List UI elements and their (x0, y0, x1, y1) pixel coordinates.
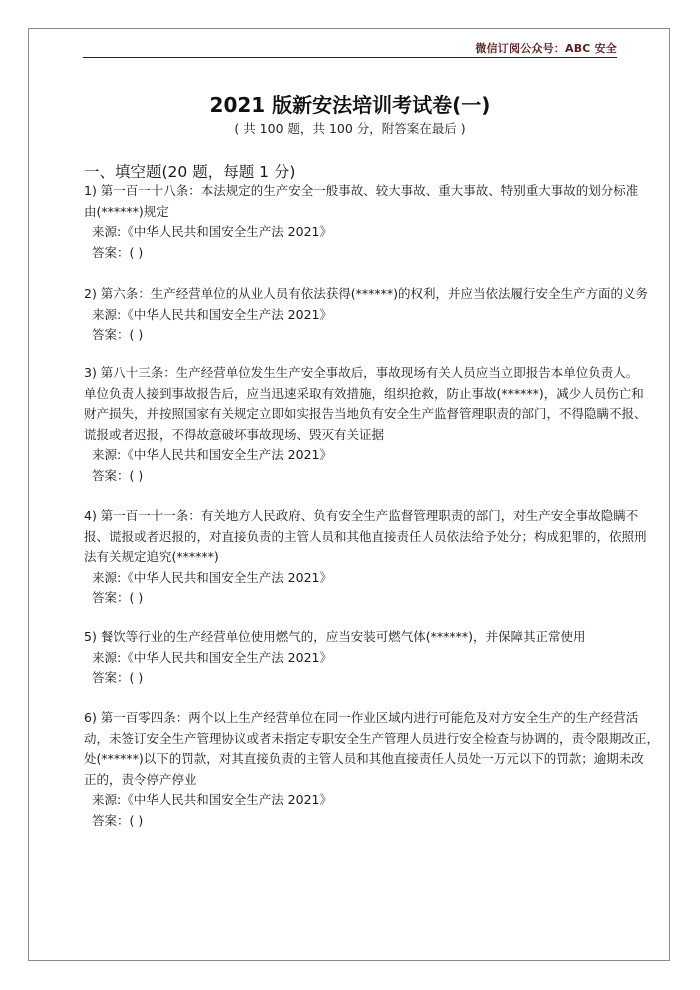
question-source: 来源:《中华人民共和国安全生产法 2021》 (84, 222, 644, 243)
question-3: 3) 第八十三条：生产经营单位发生生产安全事故后，事故现场有关人员应当立即报告本… (84, 363, 644, 486)
document-title: 2021 版新安法培训考试卷(一) (0, 89, 700, 118)
question-answer-blank: 答案：( ) (84, 588, 644, 609)
question-answer-blank: 答案：( ) (84, 325, 644, 346)
question-text-line: 由(******)规定 (84, 202, 644, 223)
question-source: 来源:《中华人民共和国安全生产法 2021》 (84, 648, 644, 669)
question-text-line: 5) 餐饮等行业的生产经营单位使用燃气的，应当安装可燃气体(******)，并保… (84, 627, 644, 648)
question-source: 来源:《中华人民共和国安全生产法 2021》 (84, 568, 644, 589)
question-source: 来源:《中华人民共和国安全生产法 2021》 (84, 305, 644, 326)
question-text-line: 谎报或者迟报，不得故意破坏事故现场、毁灭有关证据 (84, 425, 644, 446)
question-text-line: 2) 第六条：生产经营单位的从业人员有依法获得(******)的权利，并应当依法… (84, 284, 644, 305)
question-text-line: 动，未签订安全生产管理协议或者未指定专职安全生产管理人员进行安全检查与协调的，责… (84, 729, 644, 750)
question-2: 2) 第六条：生产经营单位的从业人员有依法获得(******)的权利，并应当依法… (84, 284, 644, 346)
question-answer-blank: 答案：( ) (84, 466, 644, 487)
question-1: 1) 第一百一十八条：本法规定的生产安全一般事故、较大事故、重大事故、特别重大事… (84, 181, 644, 263)
question-text-line: 3) 第八十三条：生产经营单位发生生产安全事故后，事故现场有关人员应当立即报告本… (84, 363, 644, 384)
question-source: 来源:《中华人民共和国安全生产法 2021》 (84, 790, 644, 811)
question-answer-blank: 答案：( ) (84, 811, 644, 832)
question-text-line: 6) 第一百零四条：两个以上生产经营单位在同一作业区域内进行可能危及对方安全生产… (84, 708, 644, 729)
question-text-line: 正的，责令停产停业 (84, 770, 644, 791)
question-5: 5) 餐饮等行业的生产经营单位使用燃气的，应当安装可燃气体(******)，并保… (84, 627, 644, 689)
question-text-line: 法有关规定追究(******) (84, 547, 644, 568)
question-text-line: 财产损失，并按照国家有关规定立即如实报告当地负有安全生产监督管理职责的部门，不得… (84, 404, 644, 425)
question-answer-blank: 答案：( ) (84, 668, 644, 689)
document-subtitle: ( 共 100 题，共 100 分，附答案在最后 ) (0, 119, 700, 137)
question-source: 来源:《中华人民共和国安全生产法 2021》 (84, 445, 644, 466)
question-6: 6) 第一百零四条：两个以上生产经营单位在同一作业区域内进行可能危及对方安全生产… (84, 708, 644, 831)
question-answer-blank: 答案：( ) (84, 243, 644, 264)
page-header: 微信订阅公众号：ABC 安全 (83, 38, 617, 58)
question-4: 4) 第一百一十一条：有关地方人民政府、负有安全生产监督管理职责的部门，对生产安… (84, 506, 644, 609)
section-heading-fill-in-blank: 一、填空题(20 题，每题 1 分) (84, 160, 295, 182)
wechat-account-label: 微信订阅公众号：ABC 安全 (475, 40, 617, 56)
question-text-line: 处(******)以下的罚款，对其直接负责的主管人员和其他直接责任人员处一万元以… (84, 749, 644, 770)
question-text-line: 报、谎报或者迟报的，对直接负责的主管人员和其他直接责任人员依法给予处分；构成犯罪… (84, 527, 644, 548)
question-text-line: 4) 第一百一十一条：有关地方人民政府、负有安全生产监督管理职责的部门，对生产安… (84, 506, 644, 527)
question-text-line: 单位负责人接到事故报告后，应当迅速采取有效措施，组织抢救，防止事故(******… (84, 384, 644, 405)
question-text-line: 1) 第一百一十八条：本法规定的生产安全一般事故、较大事故、重大事故、特别重大事… (84, 181, 644, 202)
